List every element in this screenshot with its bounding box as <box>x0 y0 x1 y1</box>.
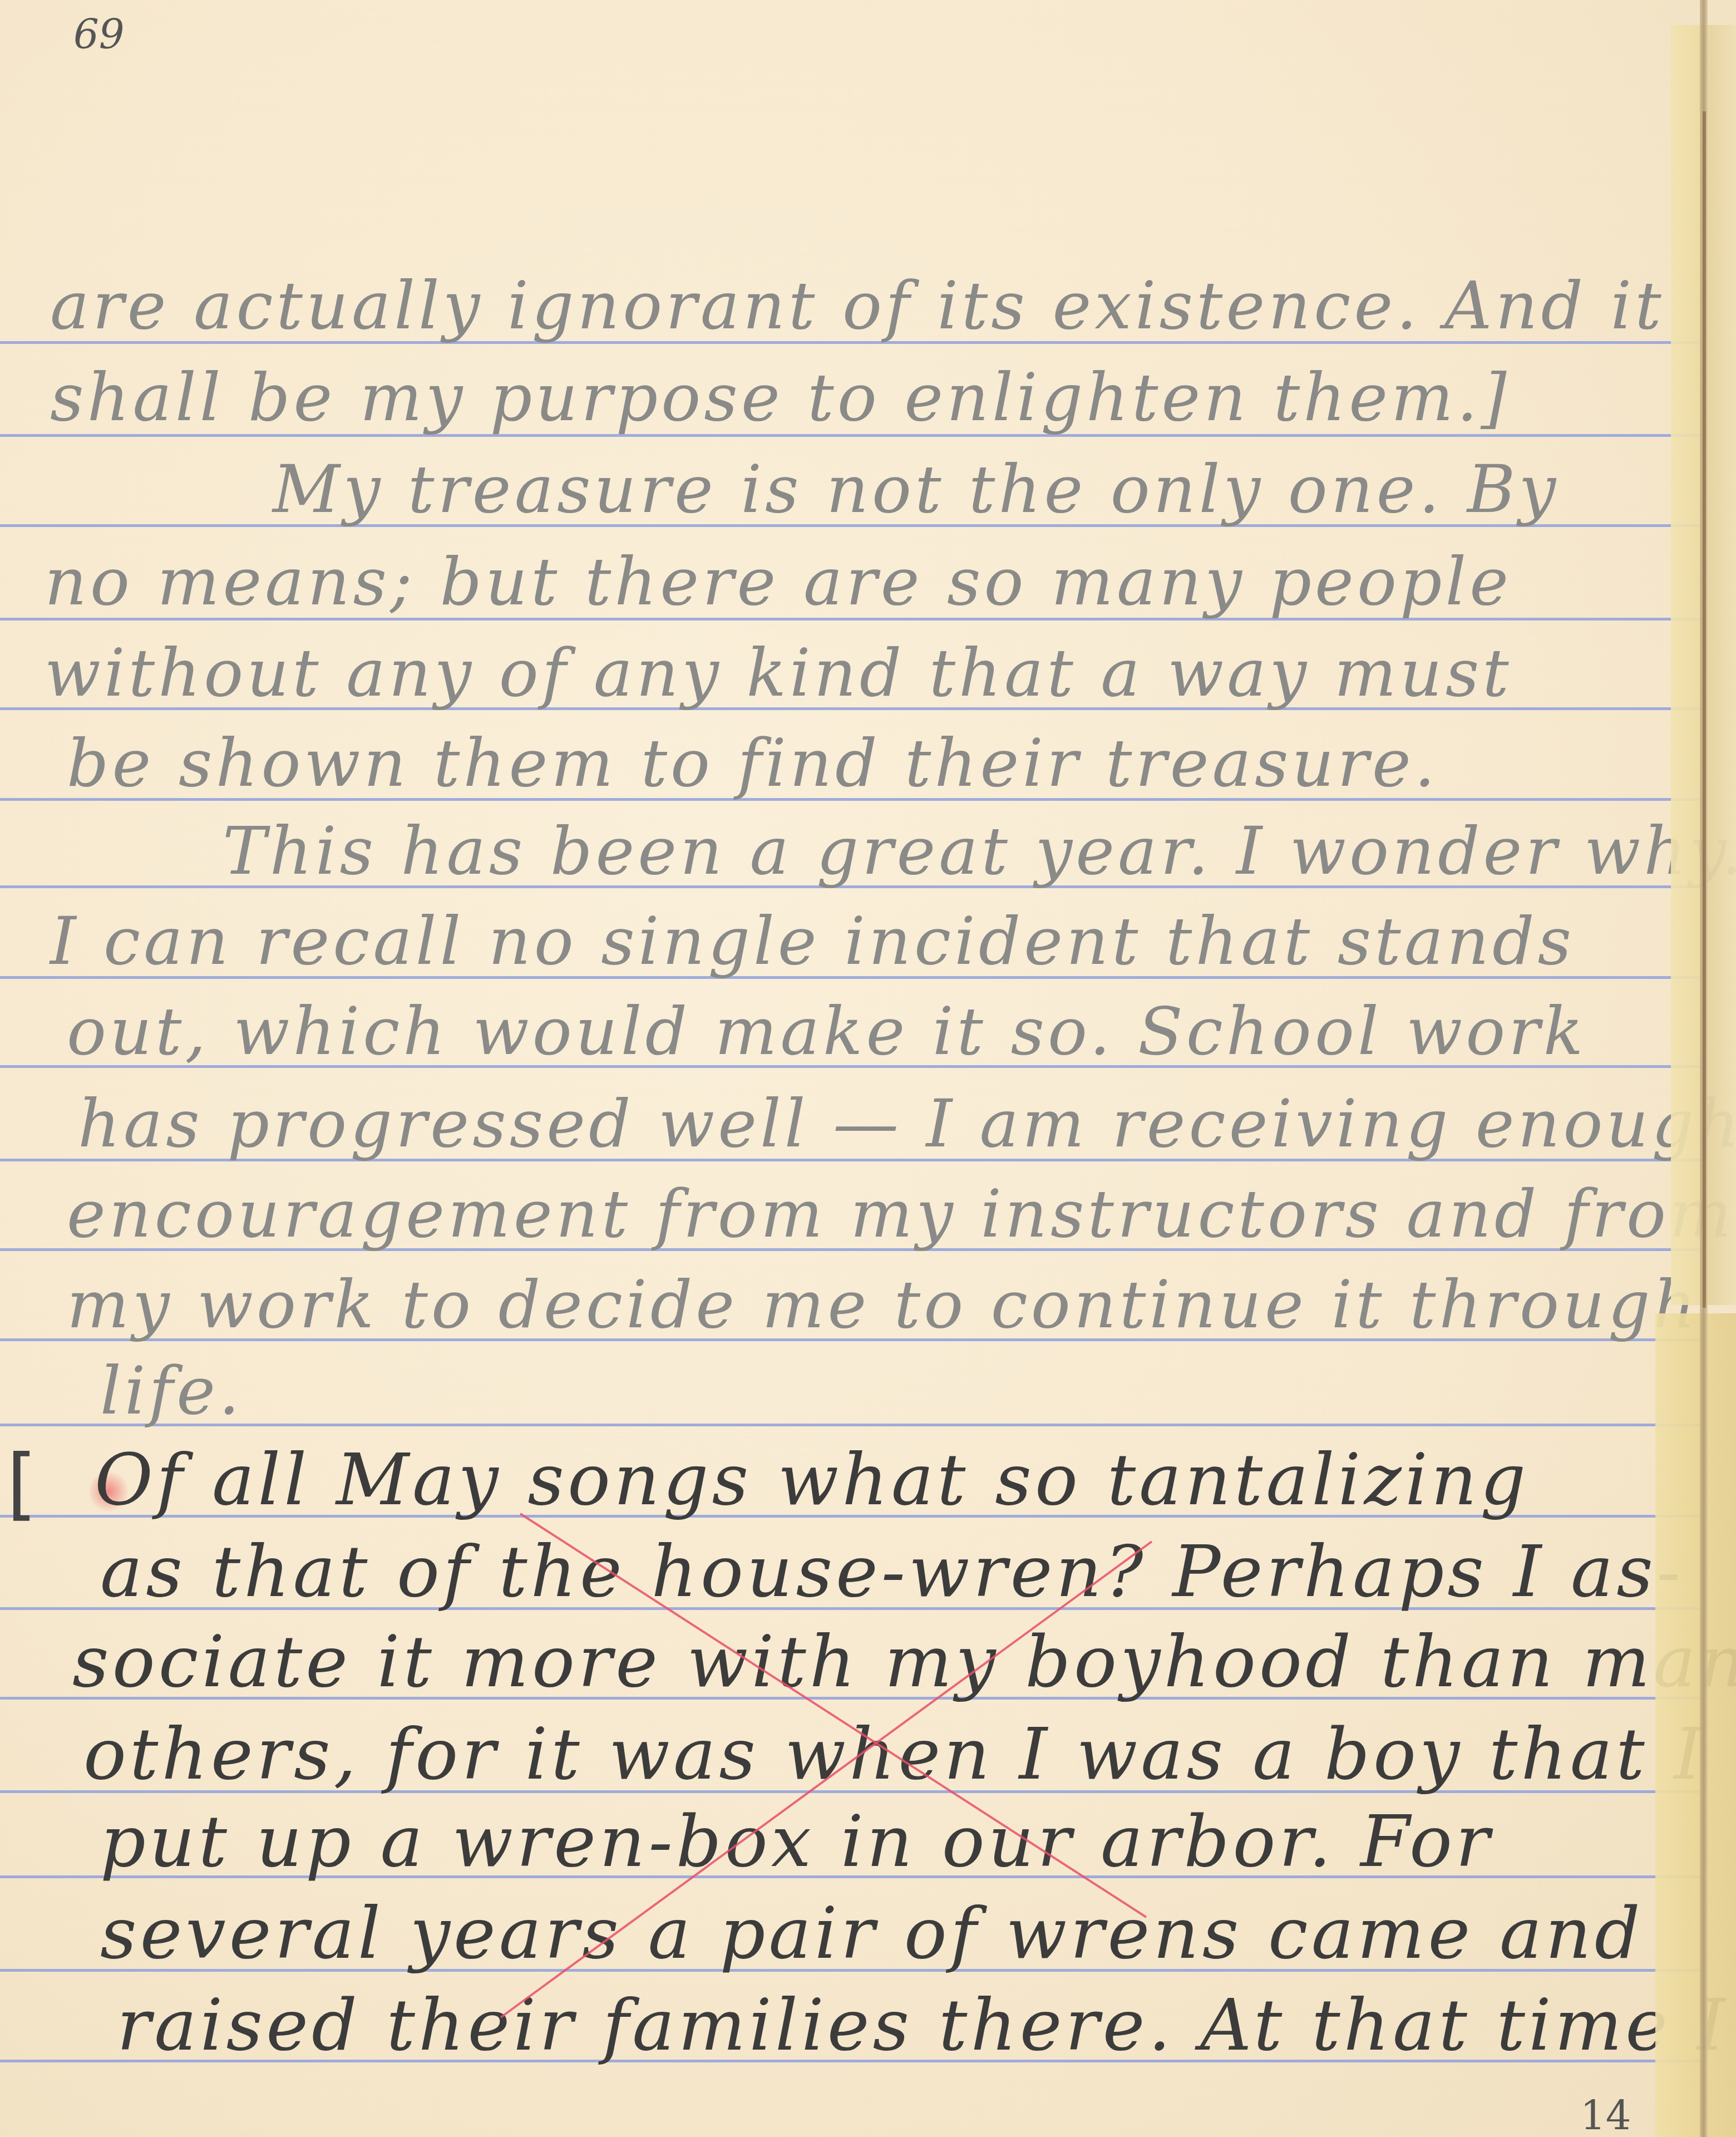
rule-line <box>0 1424 1703 1426</box>
handwritten-line: This has been a great year. I wonder why… <box>223 813 1736 889</box>
handwritten-line: put up a wren-box in our arbor. For <box>100 1800 1493 1883</box>
binding-tape-lower <box>1655 1313 1736 2137</box>
handwritten-line: My treasure is not the only one. By <box>273 451 1559 528</box>
handwritten-line: as that of the house-wren? Perhaps I as- <box>100 1530 1684 1613</box>
handwritten-line: several years a pair of wrens came and <box>100 1892 1644 1975</box>
notebook-page: 69 are actually ignorant of its existenc… <box>0 0 1736 2137</box>
handwritten-line: Of all May songs what so tantalizing <box>95 1439 1529 1521</box>
handwritten-line: sociate it more with my boyhood than man… <box>72 1621 1736 1703</box>
handwritten-line: are actually ignorant of its existence. … <box>50 267 1665 344</box>
handwritten-line: my work to decide me to continue it thro… <box>67 1266 1699 1343</box>
handwritten-line: be shown them to find their treasure. <box>67 725 1438 801</box>
handwritten-line: I can recall no single incident that sta… <box>50 903 1575 979</box>
handwritten-line: without any of any kind that a way must <box>45 634 1512 711</box>
page-number: 69 <box>73 11 125 58</box>
margin-bracket: [ <box>7 1439 37 1529</box>
handwritten-line: shall be my purpose to enlighten them.] <box>50 359 1510 436</box>
handwritten-line: raised their families there. At that tim… <box>117 1984 1728 2067</box>
handwritten-line: encouragement from my instructors and fr… <box>67 1175 1735 1252</box>
handwritten-line: out, which would make it so. School work <box>67 993 1586 1070</box>
handwritten-line: others, for it was when I was a boy that… <box>83 1713 1705 1796</box>
handwritten-line: life. <box>100 1352 243 1429</box>
corner-number: 14 <box>1580 2092 1631 2137</box>
handwritten-line: has progressed well — I am receiving eno… <box>78 1085 1736 1162</box>
page-tear <box>1703 111 1706 1308</box>
handwritten-line: no means; but there are so many people <box>45 543 1512 620</box>
